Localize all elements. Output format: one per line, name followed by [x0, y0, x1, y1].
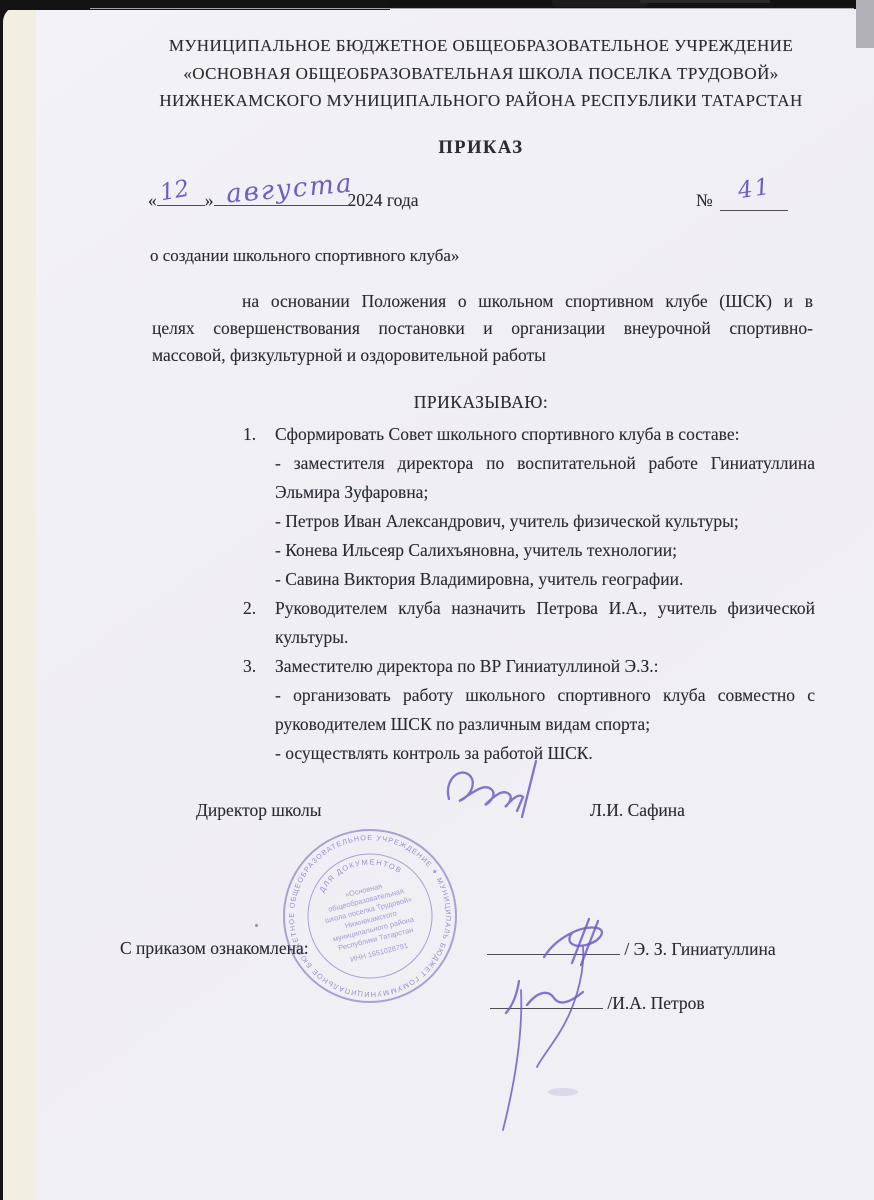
page-top-edge — [90, 8, 854, 9]
acknowledgement-label: С приказом ознакомлена: — [120, 938, 309, 959]
preamble: на основании Положения о школьном спорти… — [152, 288, 813, 369]
preamble-line: массовой, физкультурной и оздоровительно… — [152, 342, 813, 369]
item-subline: Эльмира Зуфаровна; — [275, 478, 815, 507]
letterhead: МУНИЦИПАЛЬНОЕ БЮДЖЕТНОЕ ОБЩЕОБРАЗОВАТЕЛЬ… — [116, 32, 846, 115]
preamble-line: целях совершенствования постановки и орг… — [152, 315, 813, 342]
item-subline: - осуществлять контроль за работой ШСК. — [275, 739, 815, 768]
item-line: Руководителем клуба назначить Петрова И.… — [275, 594, 815, 623]
date-year: 2024 года — [348, 190, 419, 210]
item-subline: - заместителя директора по воспитательно… — [275, 449, 815, 478]
list-item-1: 1. Сформировать Совет школьного спортивн… — [243, 420, 815, 594]
signature-blank-line — [490, 988, 603, 1009]
signature-role: Директор школы — [196, 800, 321, 821]
close-quote: » — [205, 190, 214, 210]
list-item-3: 3. Заместителю директора по ВР Гиниатулл… — [243, 652, 815, 768]
item-subline: - организовать работу школьного спортивн… — [275, 681, 815, 710]
order-list: 1. Сформировать Совет школьного спортивн… — [243, 420, 815, 768]
scanned-order-page: { "doc": { "header_lines": [ "МУНИЦИПАЛЬ… — [0, 0, 874, 1200]
item-line: культуры. — [275, 623, 815, 652]
number-sign: № — [696, 190, 713, 211]
signature-name: Л.И. Сафина — [590, 800, 685, 821]
scan-speck — [255, 924, 258, 927]
handwritten-number: 41 — [736, 174, 773, 204]
scan-top-line — [640, 0, 770, 3]
item-line: Сформировать Совет школьного спортивного… — [275, 420, 815, 449]
list-item-2: 2. Руководителем клуба назначить Петрова… — [243, 594, 815, 652]
acknowledgement-name: /И.А. Петров — [607, 993, 704, 1013]
scan-underpage-edge — [3, 6, 37, 1200]
item-subline: руководителем ШСК по различным видам спо… — [275, 710, 815, 739]
document-title: ПРИКАЗ — [116, 138, 846, 159]
letterhead-line-2: «ОСНОВНАЯ ОБЩЕОБРАЗОВАТЕЛЬНАЯ ШКОЛА ПОСЕ… — [116, 60, 846, 88]
item-number: 1. — [243, 420, 256, 449]
item-number: 2. — [243, 594, 256, 623]
scan-corner-artifact — [856, 0, 874, 48]
letterhead-line-1: МУНИЦИПАЛЬНОЕ БЮДЖЕТНОЕ ОБЩЕОБРАЗОВАТЕЛЬ… — [116, 32, 846, 60]
handwritten-day: 12 — [158, 176, 191, 207]
acknowledgement-row: /И.А. Петров — [490, 988, 705, 1014]
item-number: 3. — [243, 652, 256, 681]
order-subject: о создании школьного спортивного клуба» — [150, 246, 750, 266]
signature-blank-line — [487, 934, 620, 955]
date-number-row: «»2024 года № 12 августа 41 — [148, 190, 848, 220]
open-quote: « — [148, 190, 157, 210]
preamble-line: на основании Положения о школьном спорти… — [152, 288, 813, 315]
acknowledgement-name: / Э. З. Гиниатуллина — [624, 939, 775, 959]
acknowledgement-row: / Э. З. Гиниатуллина — [487, 934, 776, 960]
ink-smudge — [548, 1088, 578, 1096]
order-heading: ПРИКАЗЫВАЮ: — [116, 392, 846, 413]
item-line: Заместителю директора по ВР Гиниатуллино… — [275, 652, 815, 681]
letterhead-line-3: НИЖНЕКАМСКОГО МУНИЦИПАЛЬНОГО РАЙОНА РЕСП… — [116, 87, 846, 115]
item-subline: - Савина Виктория Владимировна, учитель … — [275, 565, 815, 594]
item-subline: - Петров Иван Александрович, учитель физ… — [275, 507, 815, 536]
scan-top-smudge — [552, 0, 648, 7]
item-subline: - Конева Ильсеяр Салихъяновна, учитель т… — [275, 536, 815, 565]
